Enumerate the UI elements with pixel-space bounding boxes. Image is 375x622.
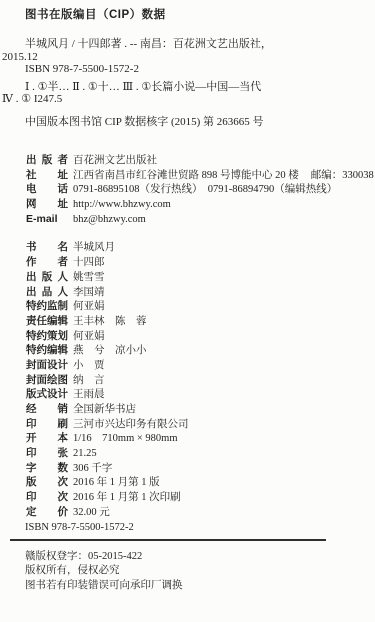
footer-block: 赣版权登字：05-2015-422 版权所有，侵权必究 图书若有印装错误可向承印…: [25, 550, 375, 594]
row-label: 电话: [26, 182, 68, 197]
row-value: 21.25: [73, 447, 97, 462]
row-value: 十四郎: [73, 256, 105, 271]
row-label: 经销: [26, 402, 68, 417]
row-label: 特约策划: [26, 329, 68, 344]
row-value: 李国靖: [73, 286, 105, 301]
cip-entry-line-2: 2015.12: [2, 51, 375, 64]
book-info-row: 封面设计 小 贾: [26, 358, 375, 373]
row-label: 定价: [26, 505, 68, 520]
row-value: 2016 年 1 月第 1 次印刷: [73, 491, 181, 506]
cip-heading: 图书在版编目（CIP）数据: [25, 9, 375, 22]
row-extra: 邮编：330038: [311, 169, 374, 184]
row-label: 出版者: [26, 153, 68, 168]
row-label: 社址: [26, 168, 68, 183]
book-info-row: 封面绘图 纳 言: [26, 373, 375, 388]
publisher-row: 网址 http://www.bhzwy.com: [26, 197, 375, 212]
cip-entry-line-1: 半城风月 / 十四郎著 . -- 南昌：百花洲文艺出版社，: [25, 38, 375, 51]
row-label: 责任编辑: [26, 314, 68, 329]
publisher-row: 社址 江西省南昌市红谷滩世贸路 898 号博能中心 20 楼 邮编：330038: [26, 168, 375, 183]
book-info-row: 印次 2016 年 1 月第 1 次印刷: [26, 490, 375, 505]
row-value: 三河市兴达印务有限公司: [73, 418, 189, 433]
row-value: 1/16 710mm × 980mm: [73, 432, 178, 447]
row-label: 版次: [26, 475, 68, 490]
row-label: 出品人: [26, 285, 68, 300]
book-info-row: 经销 全国新华书店: [26, 402, 375, 417]
row-value: 306 千字: [73, 462, 112, 477]
book-info-row: 出版人 姚雪雪: [26, 270, 375, 285]
row-value: 半城风月: [73, 241, 115, 256]
book-info-block: 书名 半城风月 作者 十四郎 出版人 姚雪雪 出品人 李国靖 特约监制 何亚娟: [26, 240, 375, 519]
row-value: 百花洲文艺出版社: [73, 154, 157, 169]
row-value: 何亚娟: [73, 300, 105, 315]
book-info-row: 特约策划 何亚娟: [26, 329, 375, 344]
book-info-row: 特约编辑 燕 兮 凉小小: [26, 343, 375, 358]
row-value: 姚雪雪: [73, 271, 105, 286]
row-label: 特约编辑: [26, 343, 68, 358]
book-info-row: 开本 1/16 710mm × 980mm: [26, 431, 375, 446]
book-info-row: 特约监制 何亚娟: [26, 299, 375, 314]
row-value: 0791-86895108（发行热线） 0791-86894790（编辑热线）: [73, 183, 337, 198]
publisher-info-block: 出版者 百花洲文艺出版社 社址 江西省南昌市红谷滩世贸路 898 号博能中心 2…: [26, 153, 375, 226]
row-label: 封面设计: [26, 358, 68, 373]
row-value: 江西省南昌市红谷滩世贸路 898 号博能中心 20 楼: [73, 169, 299, 184]
row-label: 出版人: [26, 270, 68, 285]
registration-line: 赣版权登字：05-2015-422: [25, 550, 375, 565]
row-label: E-mail: [26, 212, 68, 227]
row-value: 何亚娟: [73, 330, 105, 345]
row-label: 网址: [26, 197, 68, 212]
row-label: 作者: [26, 255, 68, 270]
row-label: 封面绘图: [26, 373, 68, 388]
book-info-row: 书名 半城风月: [26, 240, 375, 255]
book-info-row: 定价 32.00 元: [26, 505, 375, 520]
book-info-row: 作者 十四郎: [26, 255, 375, 270]
cip-record-line: 中国版本图书馆 CIP 数据核字 (2015) 第 263665 号: [25, 116, 375, 129]
book-info-row: 责任编辑 王丰林 陈 蓉: [26, 314, 375, 329]
publisher-row: 电话 0791-86895108（发行热线） 0791-86894790（编辑热…: [26, 182, 375, 197]
row-label: 书名: [26, 240, 68, 255]
book-info-row: 版式设计 王雨晨: [26, 387, 375, 402]
replacement-notice: 图书若有印装错误可向承印厂调换: [25, 579, 375, 594]
classification-line-1: Ⅰ . ①半… Ⅱ . ①十… Ⅲ . ①长篇小说—中国—当代: [25, 81, 375, 94]
row-label: 版式设计: [26, 387, 68, 402]
row-value: 王丰林 陈 蓉: [73, 315, 147, 330]
book-info-row: 字数 306 千字: [26, 461, 375, 476]
book-info-row: 版次 2016 年 1 月第 1 版: [26, 475, 375, 490]
row-value: http://www.bhzwy.com: [73, 198, 171, 213]
copyright-notice: 版权所有，侵权必究: [25, 564, 375, 579]
row-value: 2016 年 1 月第 1 版: [73, 476, 160, 491]
row-value: 王雨晨: [73, 388, 105, 403]
book-info-row: 印张 21.25: [26, 446, 375, 461]
row-label: 开本: [26, 431, 68, 446]
row-value: 燕 兮 凉小小: [73, 344, 147, 359]
row-label: 印次: [26, 490, 68, 505]
book-info-row: 印刷 三河市兴达印务有限公司: [26, 417, 375, 432]
row-value: 32.00 元: [73, 506, 110, 521]
row-label: 字数: [26, 461, 68, 476]
row-value: 纳 言: [73, 374, 105, 389]
row-value: 小 贾: [73, 359, 105, 374]
publisher-row: 出版者 百花洲文艺出版社: [26, 153, 375, 168]
book-info-row: 出品人 李国靖: [26, 285, 375, 300]
cip-isbn-line: ISBN 978-7-5500-1572-2: [25, 63, 375, 76]
isbn-line: ISBN 978-7-5500-1572-2: [25, 521, 375, 534]
row-value: 全国新华书店: [73, 403, 136, 418]
row-label: 特约监制: [26, 299, 68, 314]
classification-line-2: Ⅳ . ① I247.5: [2, 93, 375, 106]
row-label: 印刷: [26, 417, 68, 432]
publisher-row: E-mail bhz@bhzwy.com: [26, 212, 375, 227]
divider-rule: [10, 539, 326, 541]
row-label: 印张: [26, 446, 68, 461]
copyright-page: 图书在版编目（CIP）数据 半城风月 / 十四郎著 . -- 南昌：百花洲文艺出…: [0, 0, 375, 622]
row-value: bhz@bhzwy.com: [73, 213, 146, 228]
